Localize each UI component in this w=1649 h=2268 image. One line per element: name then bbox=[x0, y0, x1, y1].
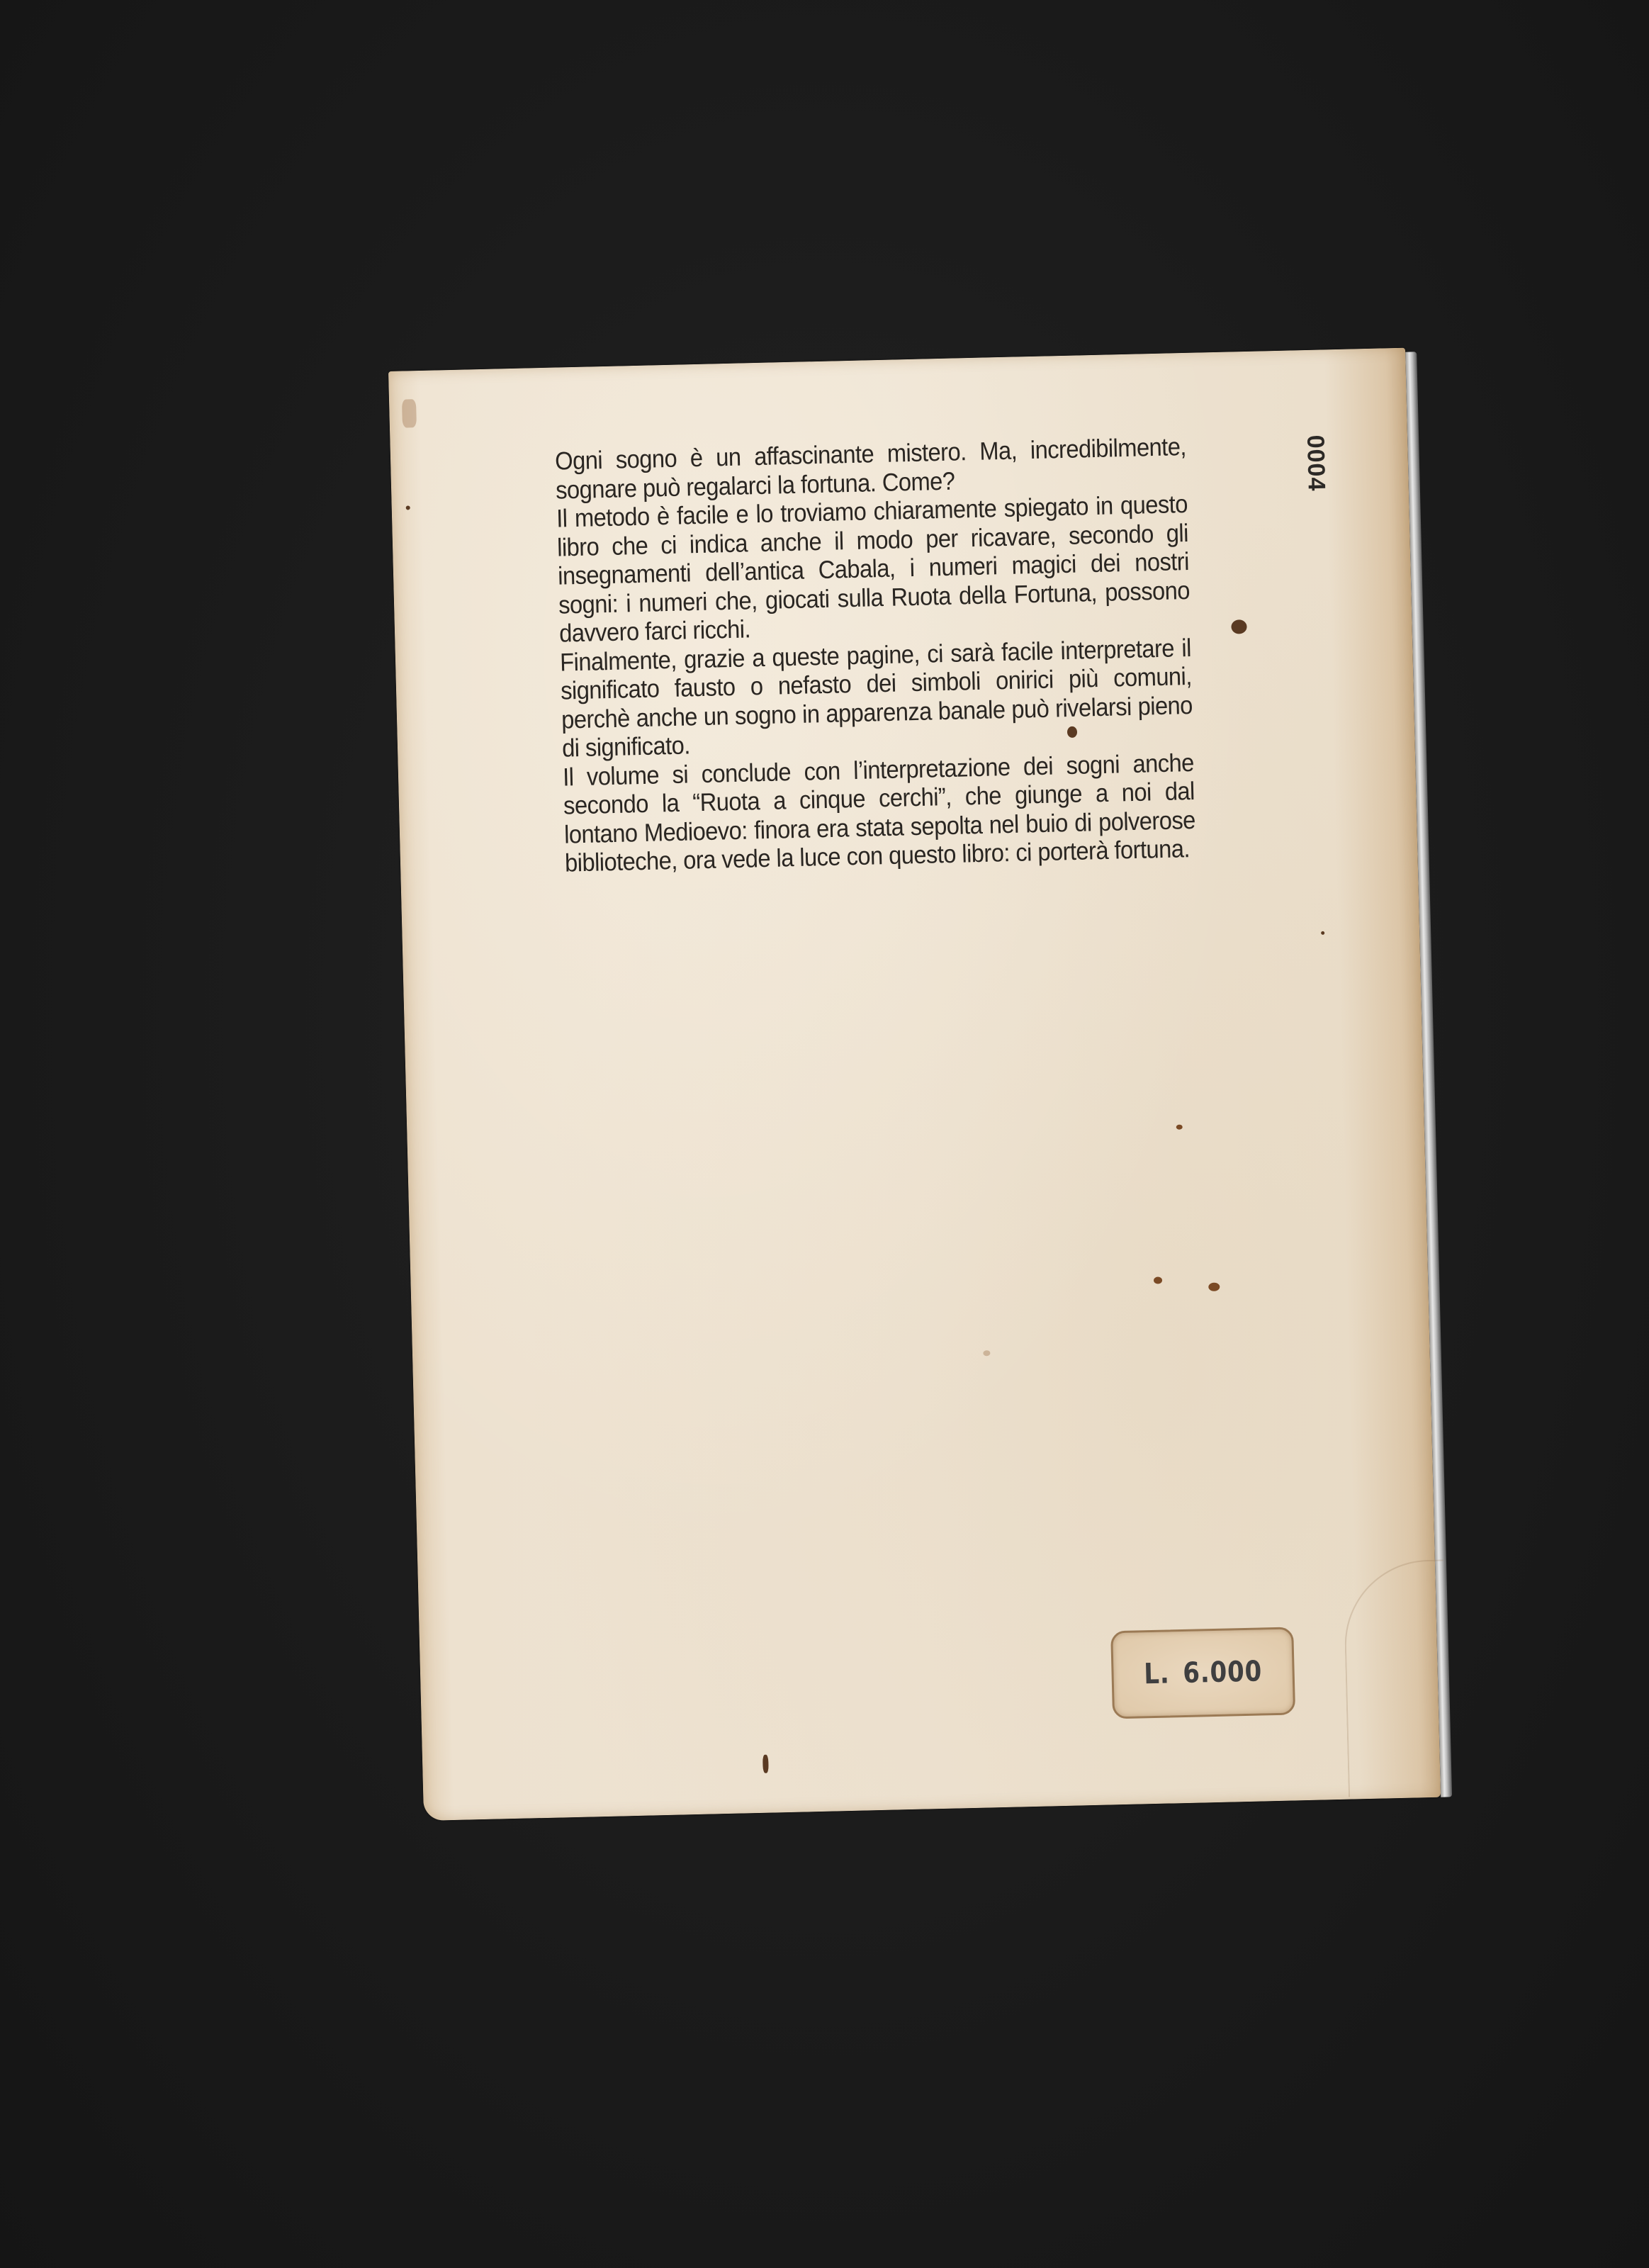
book-back-cover: Ogni sogno è un affascinante mistero. Ma… bbox=[388, 348, 1441, 1821]
stain-mark bbox=[1208, 1283, 1220, 1291]
stain-mark bbox=[762, 1755, 769, 1773]
crease-mark bbox=[1343, 1559, 1449, 1797]
stain-mark bbox=[406, 505, 410, 510]
price-amount: 6.000 bbox=[1183, 1655, 1263, 1690]
price-currency: L. bbox=[1144, 1657, 1170, 1690]
price-label: L.6.000 bbox=[1144, 1655, 1263, 1690]
stain-mark bbox=[1321, 931, 1324, 935]
price-sticker: L.6.000 bbox=[1110, 1627, 1295, 1719]
stain-mark bbox=[1154, 1276, 1162, 1284]
blurb-text: Ogni sogno è un affascinante mistero. Ma… bbox=[555, 432, 1196, 877]
stain-mark bbox=[983, 1350, 990, 1356]
stain-mark bbox=[1231, 619, 1246, 634]
blurb-paragraph: Il metodo è facile e lo troviamo chiaram… bbox=[556, 490, 1191, 648]
blurb-paragraph: Il volume si conclude con l’interpretazi… bbox=[563, 748, 1197, 877]
catalog-code: 0004 bbox=[1301, 434, 1330, 492]
stain-mark bbox=[1176, 1125, 1183, 1130]
blurb-paragraph: Finalmente, grazie a queste pagine, ci s… bbox=[560, 633, 1194, 763]
stain-mark bbox=[402, 399, 417, 427]
